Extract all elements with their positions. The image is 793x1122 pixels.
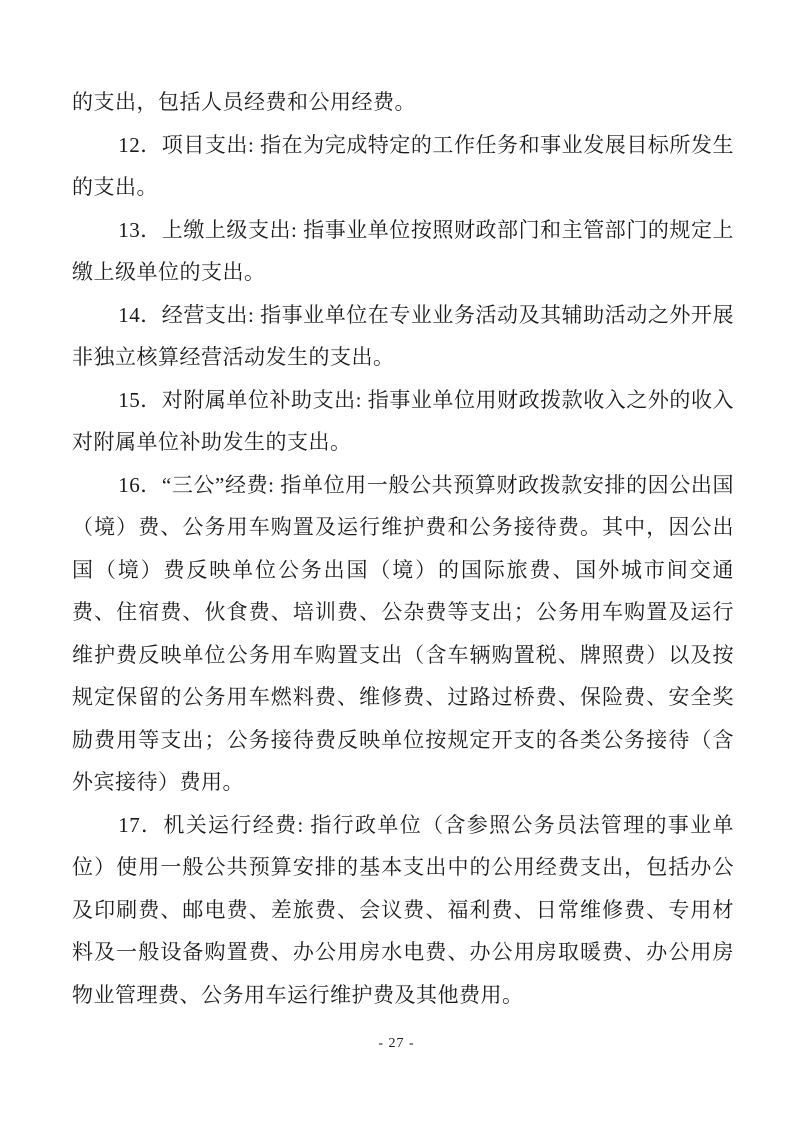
document-page: 的支出，包括人员经费和公用经费。12．项目支出: 指在为完成特定的工作任务和事业… [0,0,793,1122]
paragraph: 14．经营支出: 指事业单位在专业业务活动及其辅助活动之外开展非独立核算经营活动… [72,294,734,379]
page-number: - 27 - [0,1036,793,1052]
paragraph: 16．“三公”经费: 指单位用一般公共预算财政拨款安排的因公出国（境）费、公务用… [72,464,734,804]
paragraph: 17．机关运行经费: 指行政单位（含参照公务员法管理的事业单位）使用一般公共预算… [72,804,734,1017]
document-body: 的支出，包括人员经费和公用经费。12．项目支出: 指在为完成特定的工作任务和事业… [72,81,734,1016]
paragraph: 12．项目支出: 指在为完成特定的工作任务和事业发展目标所发生的支出。 [72,124,734,209]
paragraph: 的支出，包括人员经费和公用经费。 [72,81,734,124]
paragraph: 13．上缴上级支出: 指事业单位按照财政部门和主管部门的规定上缴上级单位的支出。 [72,209,734,294]
paragraph: 15．对附属单位补助支出: 指事业单位用财政拨款收入之外的收入对附属单位补助发生… [72,379,734,464]
